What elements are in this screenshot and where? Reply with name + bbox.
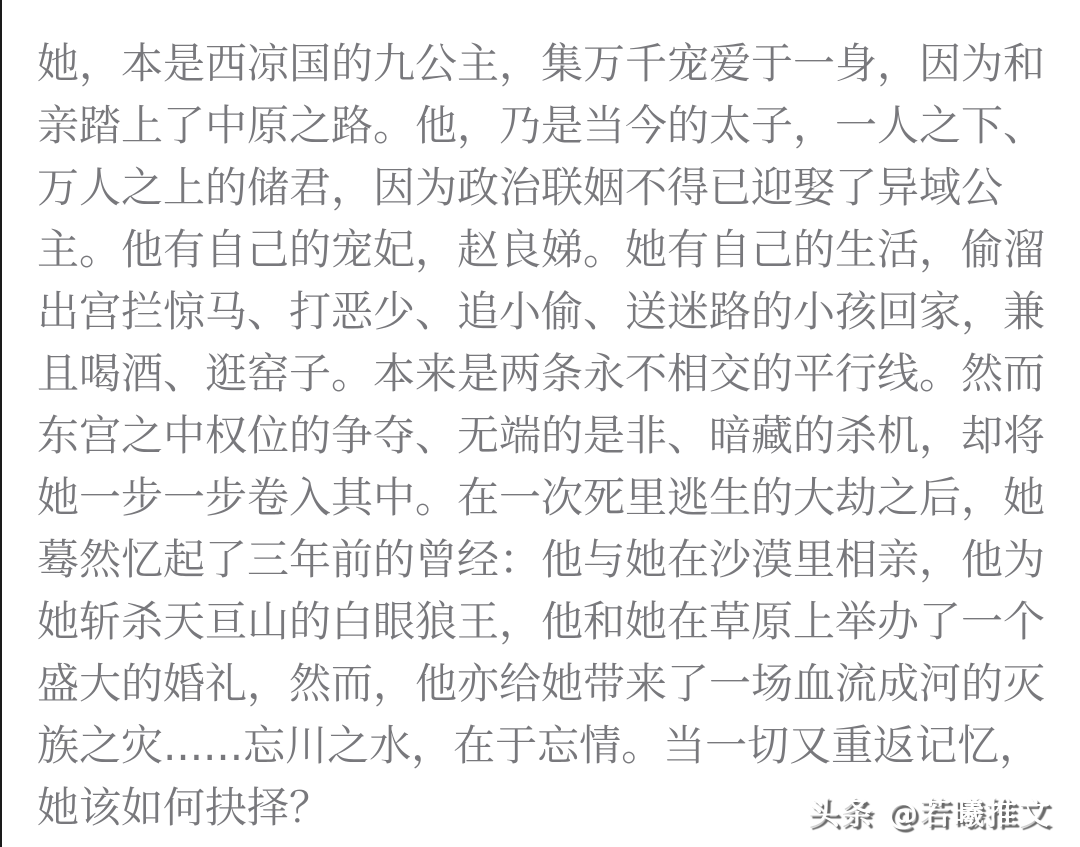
- synopsis-line: 族之灾......忘川之水，在于忘情。当一切又重返记忆，: [37, 715, 1050, 777]
- synopsis-line: 出宫拦惊马、打恶少、追小偷、送迷路的小孩回家，兼: [37, 281, 1050, 343]
- synopsis-line: 亲踏上了中原之路。他，乃是当今的太子，一人之下、: [37, 95, 1050, 157]
- synopsis-line: 她，本是西凉国的九公主，集万千宠爱于一身，因为和: [37, 33, 1050, 95]
- synopsis-line: 她一步一步卷入其中。在一次死里逃生的大劫之后，她: [37, 467, 1050, 529]
- toutiao-watermark: 头条 @若曦推文: [808, 788, 1052, 833]
- synopsis-line: 且喝酒、逛窑子。本来是两条永不相交的平行线。然而: [37, 343, 1050, 405]
- synopsis-line: 盛大的婚礼，然而，他亦给她带来了一场血流成河的灭: [37, 653, 1050, 715]
- page-background: 她，本是西凉国的九公主，集万千宠爱于一身，因为和 亲踏上了中原之路。他，乃是当今…: [0, 0, 1080, 847]
- synopsis-line: 主。他有自己的宠妃，赵良娣。她有自己的生活，偷溜: [37, 219, 1050, 281]
- synopsis-text: 她，本是西凉国的九公主，集万千宠爱于一身，因为和 亲踏上了中原之路。他，乃是当今…: [37, 33, 1050, 839]
- synopsis-line: 蓦然忆起了三年前的曾经：他与她在沙漠里相亲，他为: [37, 529, 1050, 591]
- left-edge-line: [0, 0, 2, 847]
- synopsis-line: 她斩杀天亘山的白眼狼王，他和她在草原上举办了一个: [37, 591, 1050, 653]
- synopsis-line: 万人之上的储君，因为政治联姻不得已迎娶了异域公: [37, 157, 1050, 219]
- synopsis-line: 东宫之中权位的争夺、无端的是非、暗藏的杀机，却将: [37, 405, 1050, 467]
